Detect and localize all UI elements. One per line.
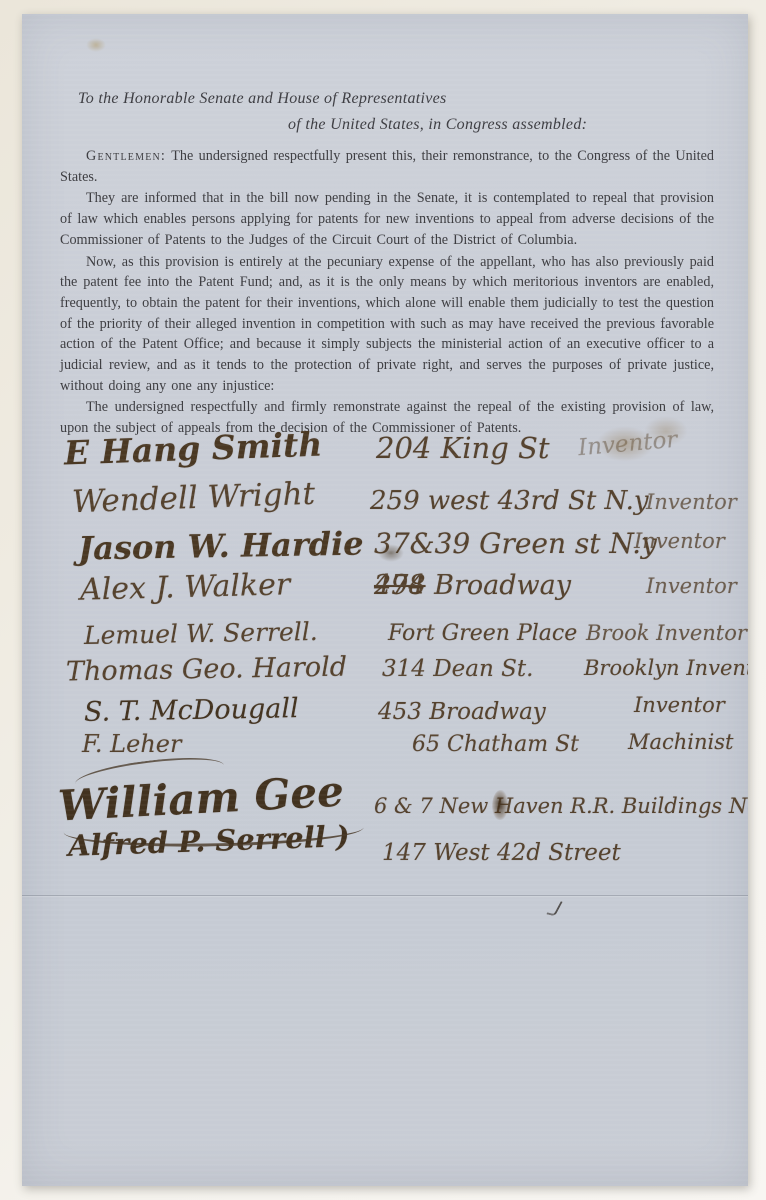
signer-occupation: Inventor	[634, 529, 725, 553]
paragraph-lead: Gentlemen:	[86, 148, 166, 164]
address-text: 65 Chatham St	[412, 732, 579, 757]
signer-occupation: Machinist	[628, 730, 733, 754]
paper-fold-line	[22, 895, 748, 896]
signature-row: S. T. McDougall 453 Broadway Inventor	[22, 695, 748, 747]
signer-occupation: Inventor	[646, 490, 737, 514]
signature-row: Alfred P. Serrell ) 147 West 42d Street	[22, 822, 748, 874]
signature-row: Wendell Wright 259 west 43rd St N.y Inve…	[22, 480, 748, 532]
signature-row: Jason W. Hardie 37&39 Green st N.y Inven…	[22, 527, 748, 579]
signer-name: Lemuel W. Serrell.	[84, 617, 318, 650]
paragraph: Gentlemen: The undersigned respectfully …	[60, 146, 714, 187]
signature-row: Lemuel W. Serrell. Fort Green Place Broo…	[22, 619, 748, 671]
signer-occupation: Inventor	[634, 693, 725, 717]
paper-spot	[86, 38, 106, 52]
signature-row: Thomas Geo. Harold 314 Dean St. Brooklyn…	[22, 654, 748, 706]
ink-blot	[378, 544, 404, 562]
address-text: 314 Dean St.	[382, 656, 533, 682]
signer-occupation: Brook Inventor	[586, 621, 747, 645]
address-text: 259 west 43rd St N.y	[370, 486, 649, 516]
document-paper-sheet: To the Honorable Senate and House of Rep…	[22, 14, 748, 1186]
stray-ink-mark	[546, 900, 562, 917]
signer-name: S. T. McDougall	[84, 693, 299, 728]
signer-occupation: Inventor	[646, 574, 737, 598]
paragraph: They are informed that in the bill now p…	[60, 188, 714, 250]
salutation-line-1: To the Honorable Senate and House of Rep…	[78, 90, 447, 108]
signer-name: Wendell Wright	[71, 476, 315, 520]
signer-name: Alfred P. Serrell )	[67, 819, 350, 863]
address-text: 6 & 7 New Haven R.R. Buildings No 2	[374, 794, 748, 818]
paragraph-text: The undersigned respectfully and firmly …	[60, 399, 714, 436]
scanned-document-background: To the Honorable Senate and House of Rep…	[0, 0, 766, 1200]
ink-blot	[492, 790, 508, 820]
paragraph: The undersigned respectfully and firmly …	[60, 397, 714, 438]
signer-name: Alex J. Walker	[80, 567, 291, 607]
signature-row: Alex J. Walker 298474 Broadway Inventor	[22, 570, 748, 622]
signature-row: William Gee 6 & 7 New Haven R.R. Buildin…	[22, 760, 748, 838]
paragraph-text: They are informed that in the bill now p…	[60, 190, 714, 247]
signer-name: Thomas Geo. Harold	[66, 652, 348, 688]
signer-name: Jason W. Hardie	[78, 525, 364, 568]
address-text: 474 Broadway	[374, 570, 571, 601]
address-text: Fort Green Place	[388, 621, 577, 646]
paragraph-text: Now, as this provision is entirely at th…	[60, 254, 714, 394]
signature-row: F. Leher 65 Chatham St Machinist	[22, 730, 748, 782]
struck-address-number: 298	[374, 570, 426, 601]
signer-name: William Gee	[57, 767, 345, 831]
salutation-line-2: of the United States, in Congress assemb…	[288, 116, 587, 134]
signer-occupation: Brooklyn Inventor	[584, 656, 748, 680]
signer-name: F. Leher	[82, 730, 181, 758]
address-text: 453 Broadway	[378, 699, 546, 725]
paragraph: Now, as this provision is entirely at th…	[60, 252, 714, 397]
address-text: 147 West 42d Street	[382, 840, 621, 866]
printed-body-paragraphs: Gentlemen: The undersigned respectfully …	[60, 146, 714, 440]
address-text: 37&39 Green st N.y	[374, 527, 657, 560]
